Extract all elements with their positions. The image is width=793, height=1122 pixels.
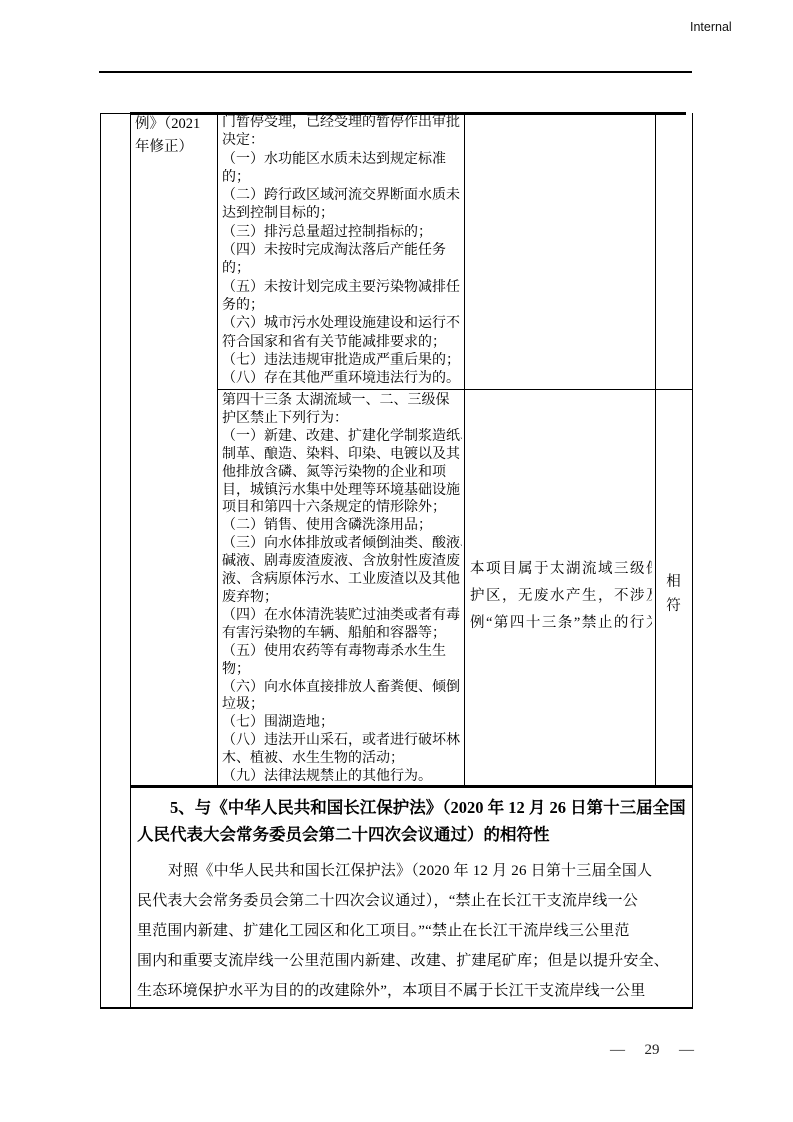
text-line: 对照《中华人民共和国长江保护法》（2020 年 12 月 26 日第十三届全国人: [137, 856, 693, 886]
table-divider-analysis-conclusion: [655, 113, 656, 786]
text-line: 例“第四十三条”禁止的行为: [470, 610, 652, 637]
text-line: 符: [655, 594, 692, 618]
text-line: 务的；: [222, 297, 462, 315]
table-divider-margin-column: [130, 113, 131, 1008]
text-line: 民代表大会常务委员会第二十四次会议通过），“禁止在长江干支流岸线一公: [137, 886, 693, 916]
text-line: 符合国家和省有关节能减排要求的；: [222, 334, 462, 352]
document-page: Internal 例》（2021年修正） 门暂停受理，已经受理的暂停作出审批决定…: [0, 0, 793, 1122]
table-divider-law-clause: [217, 113, 218, 786]
text-line: 年修正）: [135, 136, 215, 159]
frame-border-top-left: [100, 113, 130, 114]
text-line: 人民代表大会常务委员会第二十四次会议通过）的相符性: [137, 821, 693, 848]
page-number: — 29 —: [610, 1042, 694, 1059]
text-line: 目，城镇污水集中处理等环境基础设施: [222, 482, 462, 500]
text-line: 护区禁止下列行为：: [222, 410, 462, 428]
frame-border-bottom: [100, 1007, 693, 1009]
text-line: （八）存在其他严重环境违法行为的。: [222, 370, 462, 388]
text-line: （六）城市污水处理设施建设和运行不: [222, 315, 462, 333]
text-line: （六）向水体直接排放人畜粪便、倾倒: [222, 679, 462, 697]
text-line: 5、与《中华人民共和国长江保护法》（2020 年 12 月 26 日第十三届全国: [137, 794, 693, 821]
text-line: （三）向水体排放或者倾倒油类、酸液、: [222, 535, 462, 553]
text-line: （三）排污总量超过控制指标的；: [222, 224, 462, 242]
text-line: 第四十三条 太湖流域一、二、三级保: [222, 392, 462, 410]
section5-paragraph: 对照《中华人民共和国长江保护法》（2020 年 12 月 26 日第十三届全国人…: [137, 856, 693, 1006]
page-number-value: 29: [645, 1042, 660, 1059]
text-line: 制革、酿造、染料、印染、电镀以及其: [222, 446, 462, 464]
text-line: （七）围湖造地；: [222, 714, 462, 732]
text-line: 有害污染物的车辆、船舶和容器等；: [222, 625, 462, 643]
text-line: （九）法律法规禁止的其他行为。: [222, 768, 462, 786]
text-line: 他排放含磷、氮等污染物的企业和项: [222, 464, 462, 482]
text-line: 里范围内新建、扩建化工园区和化工项目。”“禁止在长江干流岸线三公里范: [137, 916, 693, 946]
text-line: 物；: [222, 661, 462, 679]
frame-border-left: [100, 113, 101, 1008]
text-line: 液、含病原体污水、工业废渣以及其他: [222, 571, 462, 589]
text-line: 相: [655, 570, 692, 594]
text-line: 决定：: [222, 132, 462, 150]
text-line: 达到控制目标的；: [222, 205, 462, 223]
table-cell-law-name: 例》（2021年修正）: [135, 113, 215, 159]
text-line: 例》（2021: [135, 113, 215, 136]
table-cell-row2-clauses: 第四十三条 太湖流域一、二、三级保护区禁止下列行为：（一）新建、改建、扩建化学制…: [222, 392, 462, 786]
text-line: （一）水功能区水质未达到规定标准: [222, 151, 462, 169]
text-line: 生态环境保护水平为目的的改建除外”，本项目不属于长江干支流岸线一公里: [137, 976, 693, 1006]
text-line: 门暂停受理，已经受理的暂停作出审批: [222, 114, 462, 132]
table-divider-clause-analysis: [464, 113, 465, 786]
page-number-dash-left: —: [610, 1042, 625, 1059]
text-line: 本项目属于太湖流域三级保: [470, 556, 652, 583]
text-line: （五）未按计划完成主要污染物减排任: [222, 279, 462, 297]
text-line: 垃圾；: [222, 696, 462, 714]
text-line: 碱液、剧毒废渣废液、含放射性废渣废: [222, 553, 462, 571]
text-line: （四）未按时完成淘汰落后产能任务: [222, 242, 462, 260]
text-line: （五）使用农药等有毒物毒杀水生生: [222, 643, 462, 661]
text-line: （二）销售、使用含磷洗涤用品；: [222, 517, 462, 535]
page-number-dash-right: —: [679, 1042, 694, 1059]
text-line: 围内和重要支流岸线一公里范围内新建、改建、扩建尾矿库；但是以提升安全、: [137, 946, 693, 976]
table-cell-conclusion: 相符: [655, 570, 692, 618]
text-line: （二）跨行政区域河流交界断面水质未: [222, 187, 462, 205]
table-row-divider: [217, 389, 692, 390]
text-line: 的；: [222, 169, 462, 187]
text-line: 废弃物；: [222, 589, 462, 607]
text-line: （八）违法开山采石，或者进行破坏林: [222, 732, 462, 750]
text-line: 护区，无废水产生，不涉及条: [470, 583, 652, 610]
section5-heading: 5、与《中华人民共和国长江保护法》（2020 年 12 月 26 日第十三届全国…: [137, 794, 693, 848]
text-line: 项目和第四十六条规定的情形除外；: [222, 499, 462, 517]
internal-watermark: Internal: [690, 20, 732, 34]
text-line: 木、植被、水生生物的活动；: [222, 750, 462, 768]
text-line: （四）在水体清洗装贮过油类或者有毒: [222, 607, 462, 625]
table-cell-row1-clauses: 门暂停受理，已经受理的暂停作出审批决定：（一）水功能区水质未达到规定标准的；（二…: [222, 114, 462, 388]
text-line: （一）新建、改建、扩建化学制浆造纸、: [222, 428, 462, 446]
header-rule: [99, 71, 692, 73]
text-line: 的；: [222, 260, 462, 278]
text-line: （七）违法违规审批造成严重后果的；: [222, 352, 462, 370]
table-cell-analysis: 本项目属于太湖流域三级保护区，无废水产生，不涉及条例“第四十三条”禁止的行为: [470, 556, 652, 637]
